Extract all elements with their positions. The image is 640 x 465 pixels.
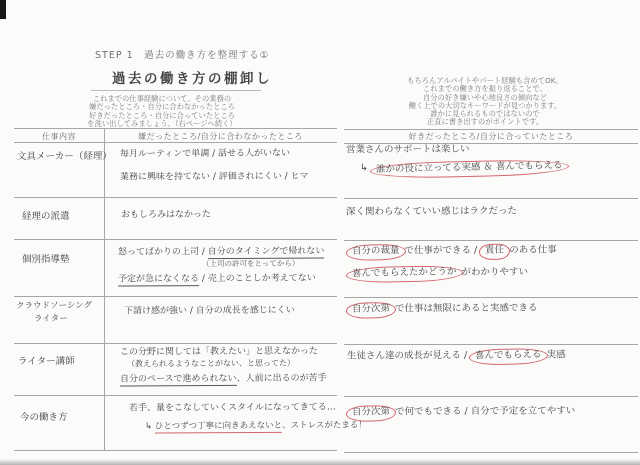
- table-rule: [14, 197, 337, 198]
- disliked-text: 怒ってばかりの上司 /: [118, 247, 208, 257]
- intro-line: を洗い出してみましょう。（右ページへ続く）: [74, 120, 250, 128]
- disliked-note: （教えられるようなことがない、と思ってた）: [127, 359, 295, 371]
- table-rule: [344, 452, 638, 453]
- title-underline: [91, 90, 261, 91]
- table-rule: [14, 142, 337, 143]
- disliked-entry: 下請け感が強い / 自分の成長を感じにくい: [124, 305, 295, 318]
- column-header-liked: 好きだったところ/自分に合っていたところ: [344, 131, 638, 142]
- liked-entry: 深く関わらなくていい感じはラクだった: [346, 206, 517, 220]
- table-rule: [14, 395, 337, 396]
- intro-text-right: もちろんアルバイトやパート経験も含めてOK。 これまでの働き方を振り返ることで、…: [352, 77, 618, 127]
- disliked-text: / 売上のことしか考えてない: [199, 273, 316, 284]
- table-rule: [344, 344, 638, 345]
- liked-entry: 喜んでもらえたかどうかがわかりやすい: [347, 266, 528, 283]
- job-label: ライター: [34, 314, 68, 326]
- disliked-entry: 若手、量をこなしていくスタイルになってきてる…: [129, 401, 336, 414]
- table-rule: [14, 128, 337, 129]
- table-rule: [344, 297, 638, 298]
- disliked-entry: 毎月ルーティンで単調 / 話せる人がいない: [120, 148, 290, 161]
- table-rule: [344, 198, 638, 199]
- table-rule: [344, 129, 638, 130]
- scan-bottom-shadow: [0, 459, 640, 465]
- disliked-entry: この分野に関しては「教えたい」と思えなかった: [120, 345, 318, 358]
- red-circle-annotation: 喜んでもらえたかどうか: [346, 265, 463, 283]
- job-label: 経理の派遣: [22, 211, 70, 224]
- scan-edge-mark: [0, 0, 6, 19]
- red-circle-annotation: 自分の裁量: [346, 244, 406, 261]
- job-label: 文具メーカー（経理）: [17, 151, 112, 164]
- table-rule: [14, 239, 337, 240]
- scanned-worksheet-page: STEP 1 過去の働き方を整理する① 過去の働き方の棚卸し これまでの仕事経験…: [0, 0, 640, 465]
- red-underline-annotation: ひとつずつ丁寧に向きあえないと: [155, 421, 282, 434]
- red-circle-annotation: 誰かの役に立ってる実感 ＆ 喜んでもらえる: [370, 159, 569, 179]
- liked-text: がわかりやすい: [461, 267, 528, 278]
- job-label: クラウドソーシング: [16, 301, 92, 313]
- table-rule: [14, 296, 337, 297]
- liked-entry: 営業さんのサポートは楽しい: [346, 144, 470, 157]
- liked-entry: ↳ 誰かの役に立ってる実感 ＆ 喜んでもらえる: [360, 160, 568, 177]
- column-header-disliked: 嫌だったところ/自分に合わなかったところ: [104, 131, 337, 142]
- liked-text: 生徒さん達の成長が見える /: [347, 350, 470, 362]
- red-circle-annotation: 喜んでもらえる: [469, 348, 548, 366]
- intro-line: 正直に書き出すのがポイントです。: [352, 118, 618, 126]
- job-label: 今の働き方: [20, 412, 68, 425]
- underline-annotation: 自分のペースで進められない: [120, 374, 237, 386]
- disliked-entry: 怒ってばかりの上司 / 自分のタイミングで帰れない: [118, 245, 324, 258]
- intro-text-left: これまでの仕事経験について、その業務の 嫌だったところ・自分に合わなかったところ…: [74, 95, 250, 128]
- liked-text: で仕事は無限にあると実感できる: [395, 303, 538, 315]
- table-rule: [344, 396, 638, 397]
- table-rule: [344, 240, 638, 241]
- liked-text: のある仕事: [509, 244, 557, 255]
- liked-text: で何でもできる / 自分で予定を立てやすい: [395, 405, 575, 417]
- red-circle-annotation: 自分次第: [346, 302, 396, 319]
- job-label: ライター講師: [18, 356, 75, 369]
- disliked-entry: 予定が急になくなる / 売上のことしか考えてない: [118, 272, 316, 285]
- underline-annotation: 自分のタイミングで帰れない: [208, 246, 325, 258]
- job-label: 個別指導塾: [22, 254, 70, 267]
- red-circle-annotation: 自分次第: [346, 405, 396, 422]
- disliked-entry: 自分のペースで進められない、人前に出るのが苦手: [120, 372, 327, 385]
- column-divider: [104, 128, 105, 450]
- disliked-entry: ↳ ひとつずつ丁寧に向きあえないと、ストレスがたまる！: [145, 420, 367, 433]
- liked-entry: 自分次第で仕事は無限にあると実感できる: [347, 302, 538, 319]
- red-circle-annotation: 責任: [479, 243, 510, 260]
- table-rule: [14, 343, 337, 344]
- disliked-note: （上司の許可をとってから）: [202, 259, 299, 270]
- hooked-arrow-icon: ↳: [145, 422, 155, 432]
- liked-entry: 自分次第で何でもできる / 自分で予定を立てやすい: [347, 404, 575, 421]
- disliked-text: 、ストレスがたまる！: [282, 420, 367, 430]
- underline-annotation: 予定が急になくなる: [118, 274, 199, 286]
- disliked-entry: おもしろみはなかった: [121, 209, 211, 222]
- disliked-text: 、人前に出るのが苦手: [237, 373, 327, 383]
- liked-text: で仕事ができる /: [404, 245, 480, 256]
- step-label: STEP 1 過去の働き方を整理する①: [95, 47, 269, 61]
- page-title: 過去の働き方の棚卸し: [112, 67, 272, 87]
- liked-entry: 自分の裁量で仕事ができる / 責任のある仕事: [347, 243, 557, 260]
- disliked-entry: 業務に興味を持てない / 評価されにくい / ヒマ: [120, 171, 309, 184]
- table-rule: [14, 450, 337, 451]
- column-header-job: 仕事内容: [14, 131, 104, 142]
- liked-text: 実感: [547, 349, 566, 360]
- liked-entry: 生徒さん達の成長が見える / 喜んでもらえる実感: [347, 348, 566, 365]
